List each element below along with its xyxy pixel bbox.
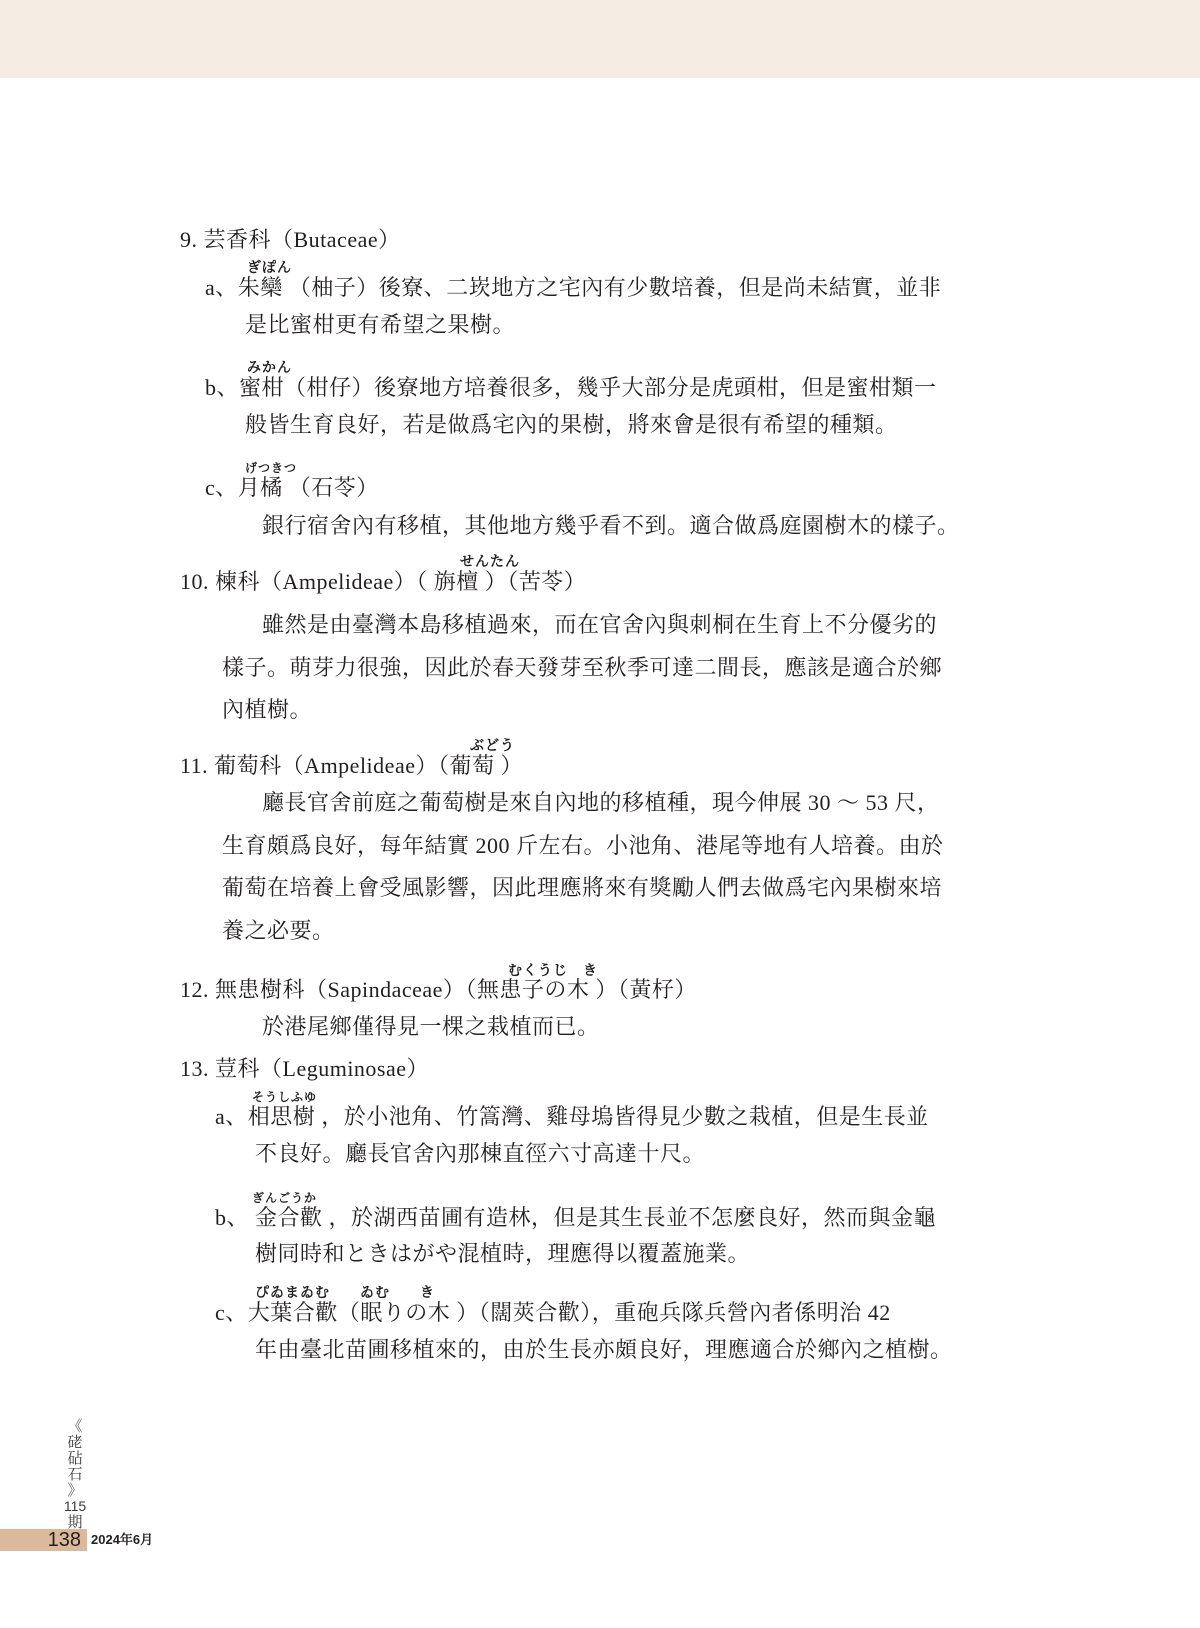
section-heading-12: 12. 無患樹科（Sapindaceae）（無患子の木 ）（黃杍） — [180, 976, 697, 1004]
journal-title-char: 石 — [62, 1466, 88, 1482]
issue-date: 2024年6月 — [91, 1531, 153, 1549]
journal-title-char: 硓 — [62, 1434, 88, 1450]
issue-suffix: 期 — [62, 1514, 88, 1530]
section-heading-13: 13. 荳科（Leguminosae） — [180, 1055, 429, 1083]
item-9a-line-2: 是比蜜柑更有希望之果樹。 — [245, 311, 515, 339]
item-13a-line-1: a、相思樹 ，於小池角、竹篙灣、雞母塢皆得見少數之栽植，但是生長並 — [215, 1103, 929, 1131]
section-10-line-2: 樣子。萌芽力很強，因此於春天發芽至秋季可達二間長，應該是適合於鄉 — [222, 654, 942, 682]
section-heading-11: 11. 葡萄科（Ampelideae）（葡萄 ） — [180, 752, 523, 780]
journal-title-char: 砧 — [62, 1450, 88, 1466]
section-heading-9: 9. 芸香科（Butaceae） — [180, 226, 401, 254]
section-10-line-1: 雖然是由臺灣本島移植過來，而在官舍內與刺桐在生育上不分優劣的 — [262, 611, 937, 639]
item-13b-line-2: 樹同時和ときはがや混植時，理應得以覆蓋施業。 — [255, 1240, 750, 1268]
item-13c-line-2: 年由臺北苗圃移植來的，由於生長亦頗良好，理應適合於鄉內之植樹。 — [255, 1336, 953, 1364]
section-10-line-3: 內植樹。 — [222, 696, 312, 724]
journal-title-char: 》 — [62, 1482, 88, 1498]
section-11-line-4: 養之必要。 — [222, 917, 335, 945]
section-heading-10: 10. 楝科（Ampelideae）（ 旃檀 ）（苦苓） — [180, 568, 586, 596]
journal-title-vertical: 《 硓 砧 石 》 115 期 — [62, 1418, 88, 1530]
item-9b-line-2: 般皆生育良好，若是做爲宅內的果樹，將來會是很有希望的種類。 — [245, 411, 898, 439]
item-9a-line-1: a、朱欒 （柚子）後寮、二崁地方之宅內有少數培養，但是尚未結實，並非 — [205, 274, 941, 302]
issue-number: 115 — [62, 1498, 88, 1514]
section-11-line-1: 廳長官舍前庭之葡萄樹是來自內地的移植種，現今伸展 30 ～ 53 尺， — [262, 789, 940, 817]
journal-title-char: 《 — [62, 1418, 88, 1434]
item-13c-line-1: c、大葉合歡（眠りの木 ）（闊莢合歡），重砲兵隊兵營內者係明治 42 — [215, 1299, 891, 1327]
section-11-line-3: 葡萄在培養上會受風影響，因此理應將來有獎勵人們去做爲宅內果樹來培 — [222, 874, 942, 902]
page-number-bar: 138 — [0, 1529, 87, 1551]
page-number: 138 — [48, 1529, 81, 1551]
item-9b-line-1: b、蜜柑（柑仔）後寮地方培養很多，幾乎大部分是虎頭柑，但是蜜柑類一 — [205, 374, 937, 402]
item-9c-line-1: c、月橘 （石苓） — [205, 474, 379, 502]
item-13b-line-1: b、 金合歡 ，於湖西苗圃有造林，但是其生長並不怎麼良好，然而與金龜 — [215, 1204, 936, 1232]
item-9c-line-2: 銀行宿舍內有移植，其他地方幾乎看不到。適合做爲庭園樹木的樣子。 — [262, 512, 960, 540]
section-12-line-1: 於港尾鄉僅得見一棵之栽植而已。 — [262, 1013, 600, 1041]
section-11-line-2: 生育頗爲良好，每年結實 200 斤左右。小池角、港尾等地有人培養。由於 — [222, 832, 944, 860]
item-13a-line-2: 不良好。廳長官舍內那棟直徑六寸高達十尺。 — [255, 1140, 705, 1168]
header-band — [0, 0, 1200, 78]
